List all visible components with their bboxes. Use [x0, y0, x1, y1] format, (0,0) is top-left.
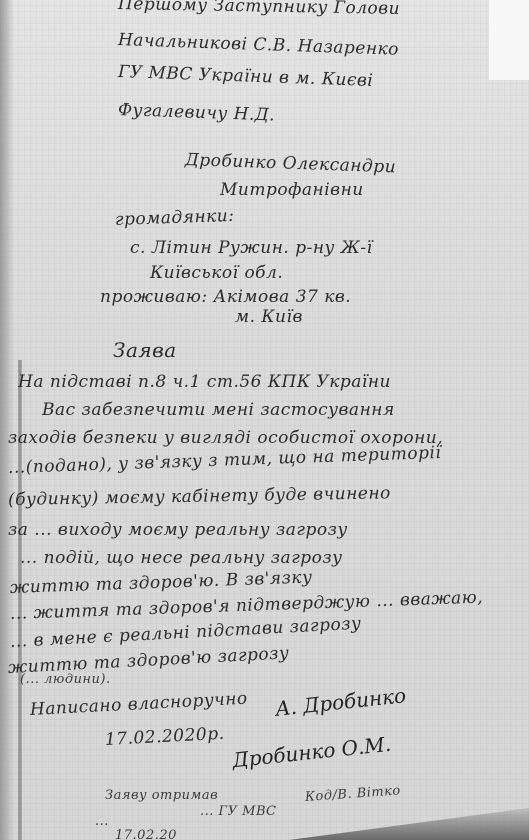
footer-note-1: Заяву отримав [105, 788, 218, 803]
document-title: Заява [113, 338, 177, 362]
addressee-line-1: Першому Заступнику Голови [118, 0, 400, 19]
sender-line-4: с. Літин Ружин. р-ну Ж-ї [130, 238, 373, 258]
body-line-1: На підставі п.8 ч.1 ст.56 КПК України [18, 372, 391, 392]
written-by-hand: Написано власноручно [29, 689, 248, 720]
signature-initial: А. Дробинко [274, 683, 407, 721]
sender-line-7: м. Київ [235, 307, 303, 327]
body-line-2: Вас забезпечити мені застосування [42, 400, 395, 420]
footer-note-2: ... ГУ МВС [200, 804, 276, 819]
body-line-7: ... подій, що несе реальну загрозу [20, 548, 343, 568]
body-line-5: (будинку) моєму кабінету буде вчинено [8, 483, 391, 510]
sender-line-2: Митрофанівни [220, 180, 364, 200]
scan-edge-white [489, 0, 529, 80]
body-line-4: ...(подано), у зв'язку з тим, що на тери… [8, 443, 442, 478]
footer-signature: Код/В. Вітко [304, 783, 401, 805]
sender-line-6: проживаю: Акімова 37 кв. [100, 287, 351, 307]
addressee-line-3: ГУ МВС України в м. Києві [118, 62, 374, 91]
body-line-8: життю та здоров'ю. В зв'язку [10, 567, 313, 598]
sender-line-1: Дробинко Олександри [185, 150, 397, 177]
scan-shadow-left [0, 0, 14, 840]
footer-note-4: 17.02.20 [115, 828, 177, 840]
addressee-line-4: Фугалевичу Н.Д. [118, 100, 276, 125]
body-line-12: (... людини). [20, 672, 111, 687]
sender-line-5: Київської обл. [150, 263, 283, 283]
sender-line-3: громадянки: [115, 206, 235, 230]
closing-date: 17.02.2020р. [104, 724, 225, 750]
signature-full: Дробинко О.М. [231, 732, 392, 773]
footer-note-3: ... [95, 814, 109, 829]
scanned-page: Першому Заступнику Голови Начальникові С… [0, 0, 529, 840]
body-line-6: за ... виходу моєму реальну загрозу [8, 520, 348, 540]
addressee-line-2: Начальникові С.В. Назаренко [118, 30, 400, 60]
